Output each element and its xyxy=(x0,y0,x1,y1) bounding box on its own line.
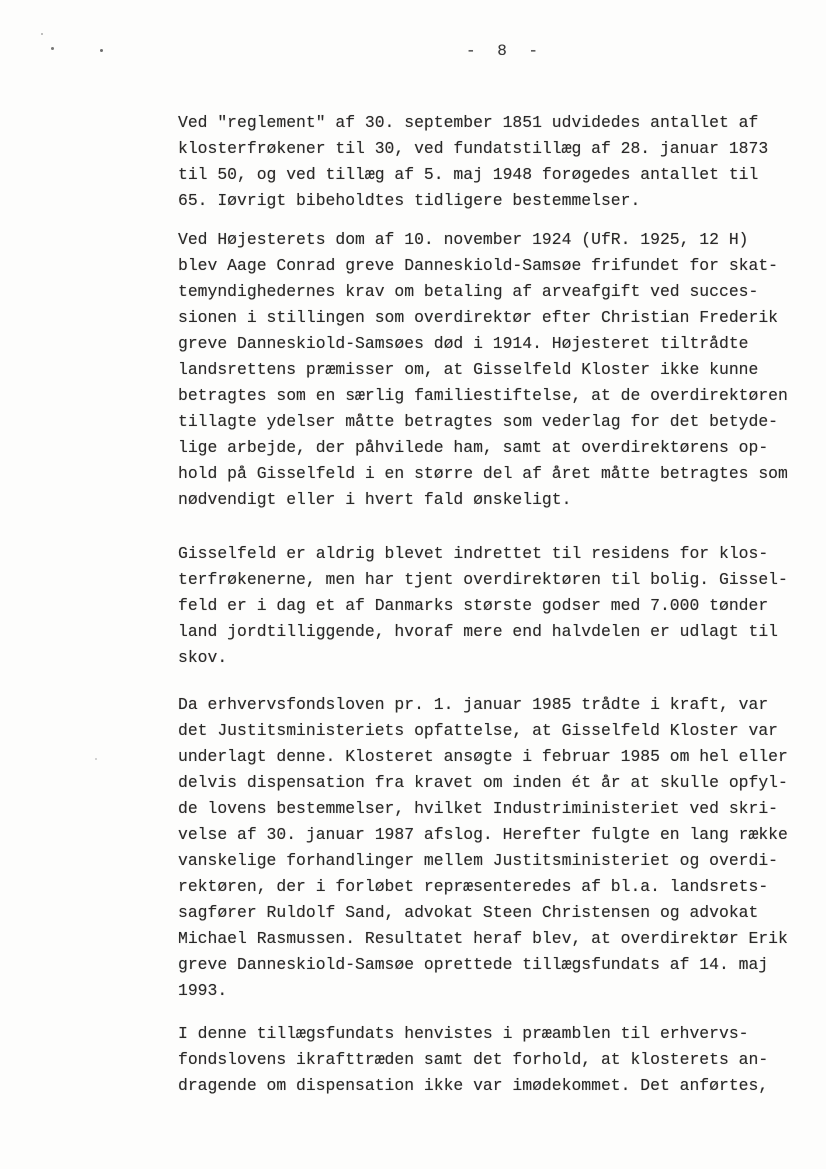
scan-speck xyxy=(100,49,103,52)
page-number: - 8 - xyxy=(440,40,570,62)
document-page: - 8 - Ved "reglement" af 30. september 1… xyxy=(0,0,826,1169)
paragraph-gisselfeld-residens: Gisselfeld er aldrig blevet indrettet ti… xyxy=(178,541,812,671)
scan-speck xyxy=(95,758,97,760)
paragraph-tillaegsfundats-praeamble: I denne tillægsfundats henvistes i præam… xyxy=(178,1021,812,1099)
scan-speck xyxy=(51,47,54,50)
paragraph-erhvervsfondsloven-1985: Da erhvervsfondsloven pr. 1. januar 1985… xyxy=(178,692,812,1004)
scan-speck xyxy=(41,33,43,35)
paragraph-reglement-1851: Ved "reglement" af 30. september 1851 ud… xyxy=(178,110,812,214)
paragraph-hoejesterets-dom-1924: Ved Højesterets dom af 10. november 1924… xyxy=(178,227,812,513)
